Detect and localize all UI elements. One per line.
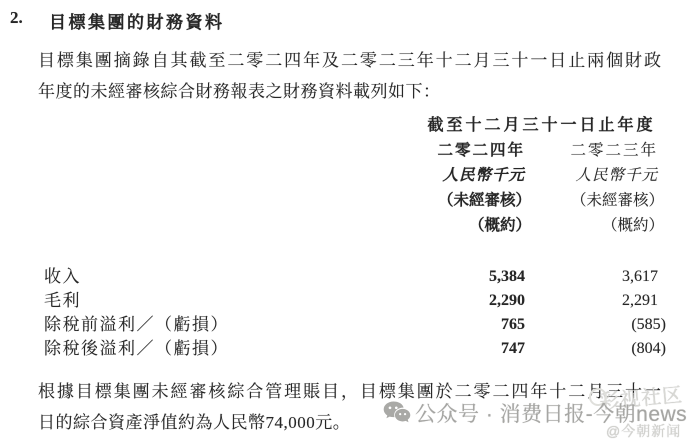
approx-row: （概約） （概約）	[44, 213, 658, 238]
table-row-profit-before-tax: 除稅前溢利／（虧損） 765 (585)	[44, 313, 658, 337]
year-2024-header: 二零二四年	[425, 138, 525, 163]
audited-2024: （未經審核）	[425, 188, 531, 213]
table-row-gross-profit: 毛利 2,290 2,291	[44, 289, 658, 313]
watermark-handle: @今朝新闻	[606, 421, 681, 441]
table-body: 收入 5,384 3,617 毛利 2,290 2,291 除稅前溢利／（虧損）…	[44, 265, 658, 361]
row-label: 毛利	[44, 289, 425, 313]
audited-row: （未經審核） （未經審核）	[44, 188, 658, 213]
currency-2024: 人民幣千元	[425, 163, 525, 188]
year-2023-header: 二零二三年	[525, 138, 658, 163]
value-2023: (585)	[525, 313, 666, 337]
value-2024: 2,290	[425, 289, 525, 313]
financial-table: 截至十二月三十一日止年度 二零二四年 二零二三年 人民幣千元 人民幣千元 （未經…	[44, 113, 658, 361]
document-page: 2. 目標集團的財務資料 目標集團摘錄自其截至二零二四年及二零二三年十二月三十一…	[0, 0, 692, 447]
value-2023: 2,291	[525, 289, 658, 313]
intro-line-1: 目標集團摘錄自其截至二零二四年及二零二三年十二月三十一日止兩個財政	[38, 46, 662, 77]
period-header-row: 截至十二月三十一日止年度	[44, 113, 658, 138]
intro-line-2: 年度的未經審核綜合財務報表之財務資料載列如下：	[38, 77, 662, 108]
wechat-icon	[383, 400, 411, 424]
row-label: 收入	[44, 265, 425, 289]
audited-2023: （未經審核）	[525, 188, 664, 213]
value-2024: 5,384	[425, 265, 525, 289]
currency-2023: 人民幣千元	[525, 163, 658, 188]
year-header-row: 二零二四年 二零二三年	[44, 138, 658, 163]
row-label: 除稅前溢利／（虧損）	[44, 313, 425, 337]
currency-row: 人民幣千元 人民幣千元	[44, 163, 658, 188]
period-header: 截至十二月三十一日止年度	[425, 113, 658, 138]
value-2024: 765	[425, 313, 525, 337]
intro-paragraph: 目標集團摘錄自其截至二零二四年及二零二三年十二月三十一日止兩個財政 年度的未經審…	[38, 46, 662, 107]
approx-2024: （概約）	[425, 213, 531, 238]
row-label: 除稅後溢利／（虧損）	[44, 337, 425, 361]
section-title: 目標集團的財務資料	[49, 8, 225, 33]
section-number: 2.	[10, 8, 23, 28]
table-row-profit-after-tax: 除稅後溢利／（虧損） 747 (804)	[44, 337, 658, 361]
value-2023: 3,617	[525, 265, 658, 289]
table-row-revenue: 收入 5,384 3,617	[44, 265, 658, 289]
approx-2023: （概約）	[525, 213, 664, 238]
value-2024: 747	[425, 337, 525, 361]
value-2023: (804)	[525, 337, 666, 361]
